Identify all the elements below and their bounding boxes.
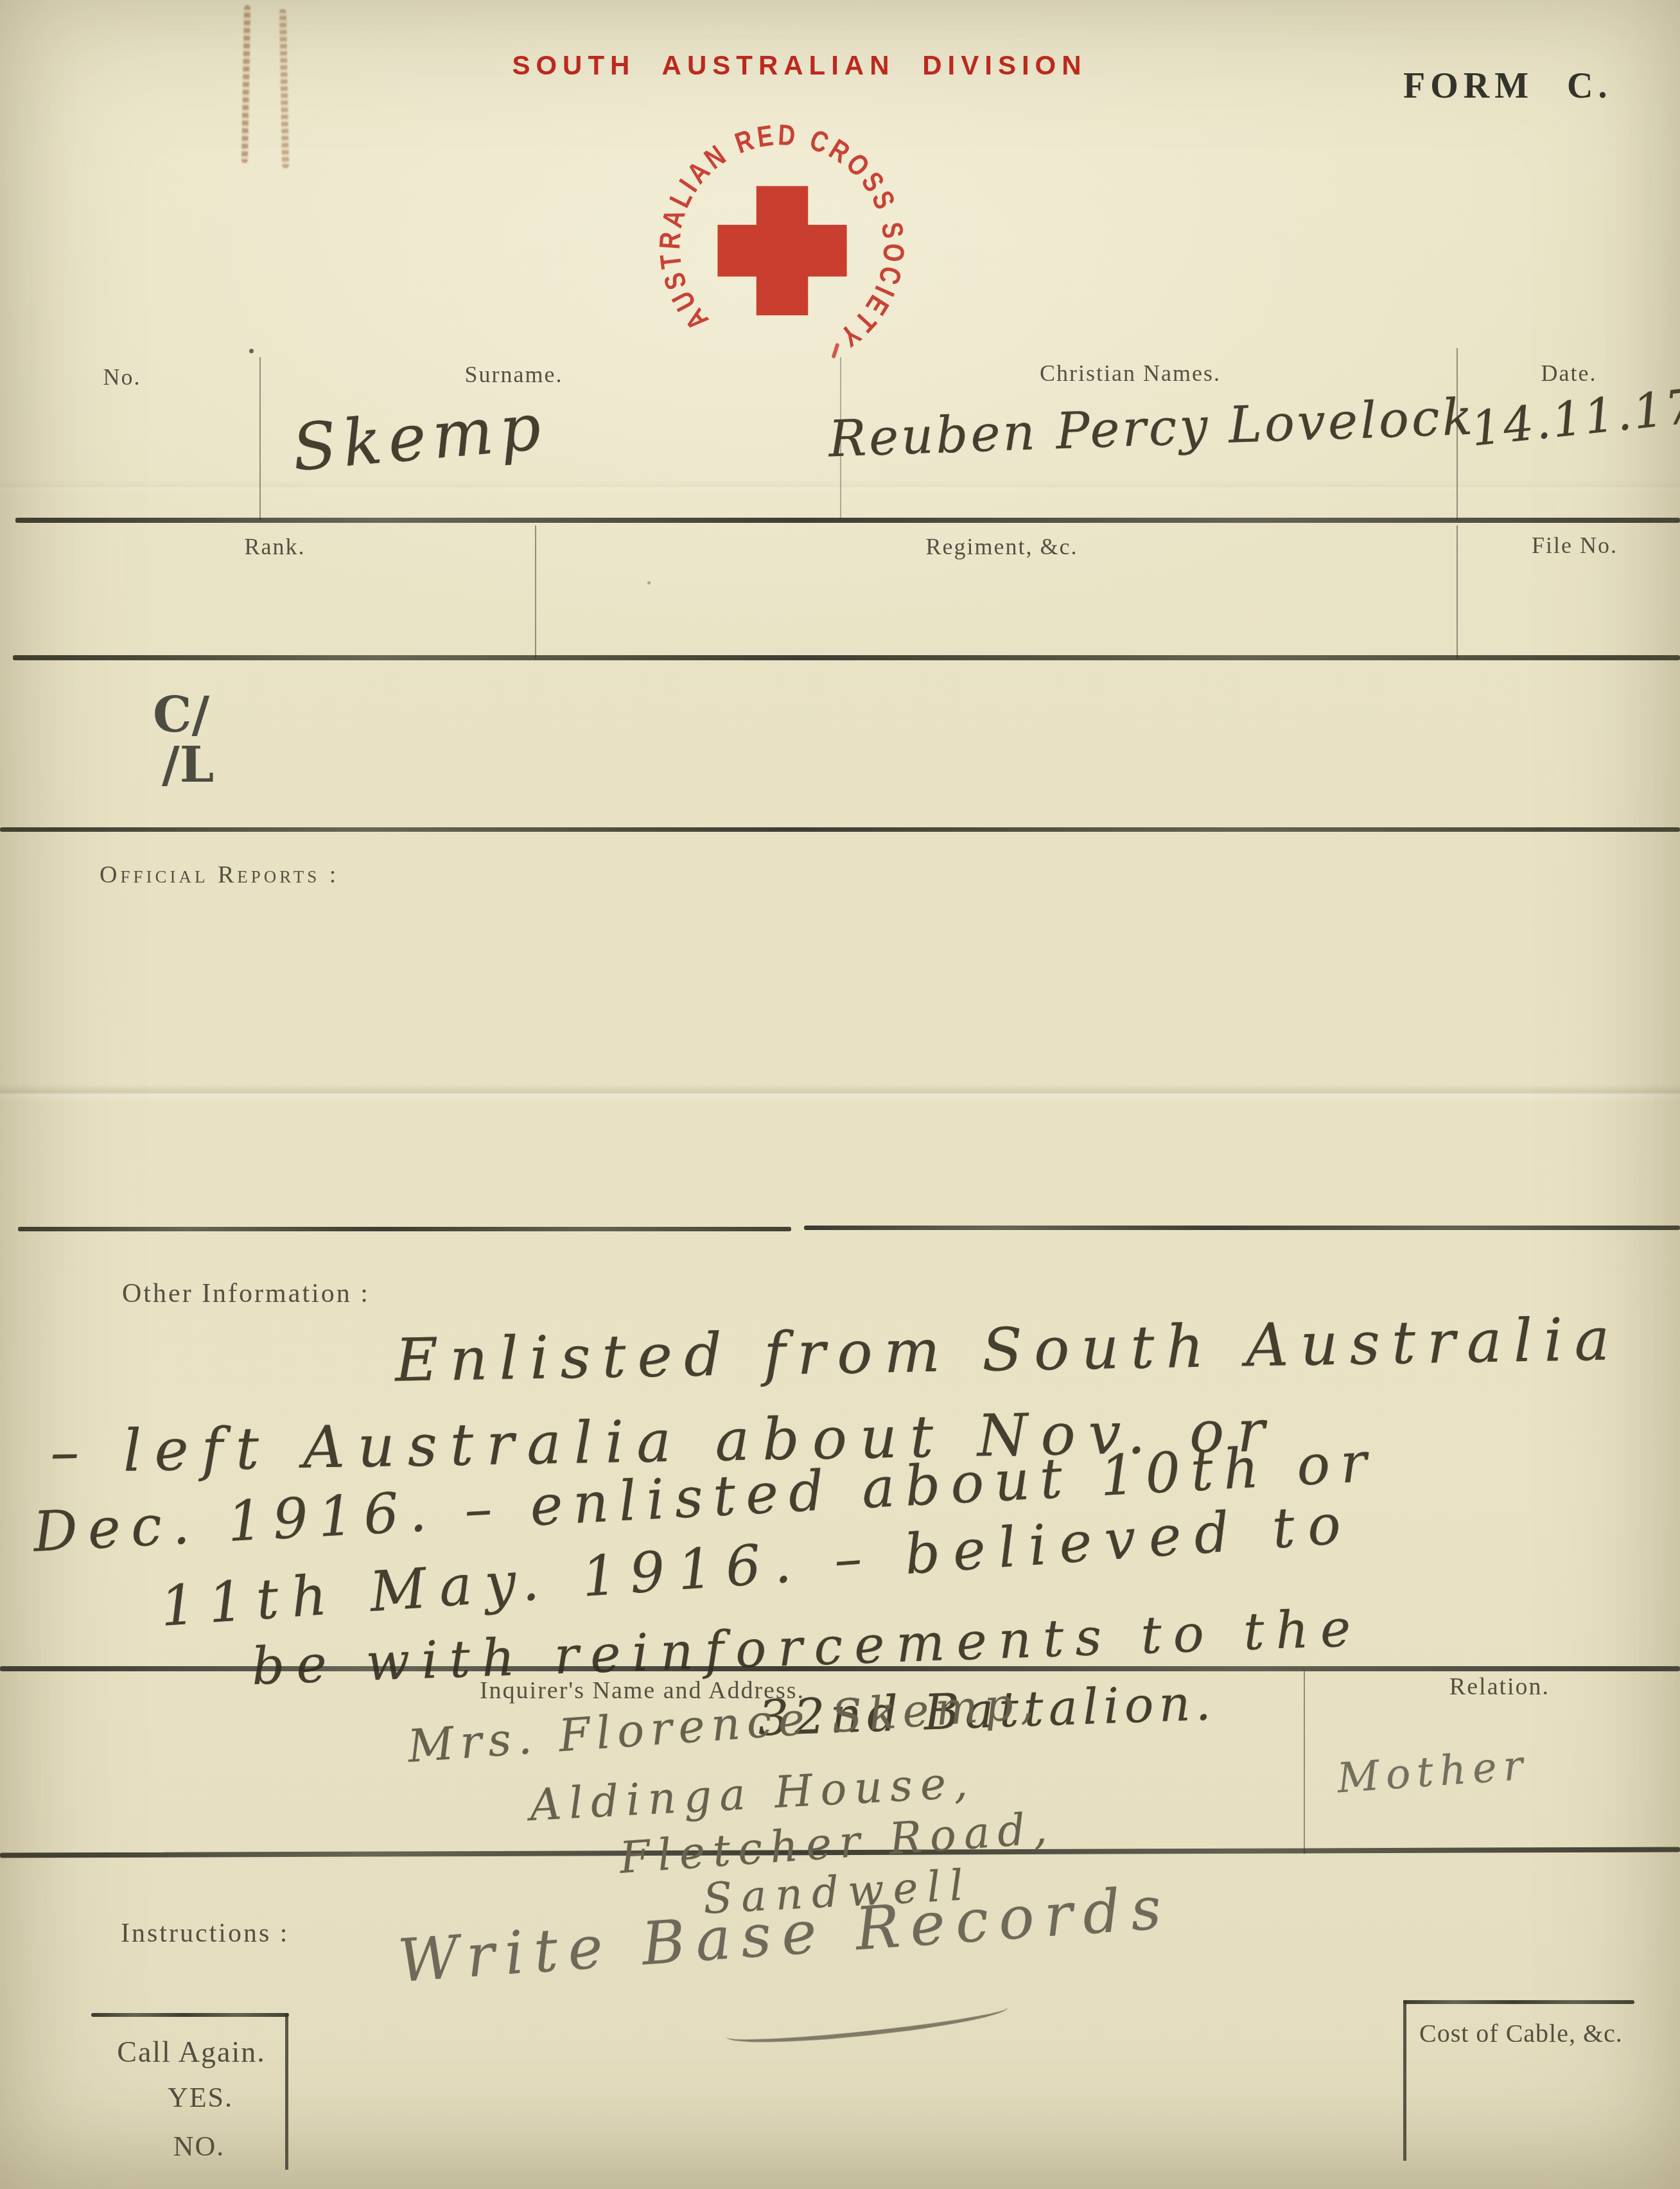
pencil-flourish [725,1994,1009,2050]
surname-value: Skemp [290,389,550,486]
column-divider [535,525,536,659]
rule-cl-bottom [0,827,1680,832]
rule-other-info-top [18,1227,791,1231]
rule-row1-bottom [15,518,1680,523]
cost-box-left [1403,2000,1406,2161]
christian-names-label: Christian Names. [1040,360,1221,387]
call-again-box-top [91,2013,289,2017]
instructions-label: Instructions : [121,1918,289,1949]
relation-label: Relation. [1449,1673,1550,1701]
cost-box-top [1403,2000,1634,2004]
no-label: No. [103,364,141,391]
ink-speck [647,581,651,585]
other-information-label: Other Information : [122,1278,370,1309]
call-again-no: NO. [173,2130,225,2163]
fold-crease [0,1084,1680,1102]
official-reports-label: Official Reports : [100,861,339,889]
red-cross-society-emblem: AUSTRALIAN RED CROSS SOCIETY [633,98,932,397]
date-label: Date. [1541,360,1597,387]
paper-stain-streak [241,5,250,163]
column-divider [259,357,261,520]
regiment-label: Regiment, &c. [926,533,1078,560]
rule-other-info-top [804,1226,1680,1230]
call-again-yes: YES. [168,2081,233,2114]
column-divider [1457,525,1458,659]
rank-label: Rank. [245,533,306,560]
cl-stamp-line1: C/ [153,686,209,743]
surname-label: Surname. [465,361,563,388]
ink-speck [249,349,254,353]
cl-stamp-line2: /L [162,736,214,793]
rule-inquirer-top [0,1666,1680,1671]
file-no-label: File No. [1532,532,1618,559]
division-title: SOUTH AUSTRALIAN DIVISION [512,50,1087,81]
christian-names-value: Reuben Percy Lovelock [828,388,1476,468]
red-cross-icon [717,186,846,315]
relation-divider [1304,1671,1305,1854]
rule-row2-bottom [13,655,1680,660]
date-value: 14.11.17. [1469,376,1680,457]
paper-stain-streak [279,9,289,168]
cost-of-cable-label: Cost of Cable, &c. [1419,2018,1623,2048]
call-again-title: Call Again. [117,2035,266,2069]
call-again-box-right [285,2013,288,2170]
relation-value: Mother [1336,1742,1531,1803]
other-info-line: Enlisted from South Australia [394,1305,1622,1394]
form-c-label: FORM C. [1403,66,1613,107]
red-cross-form-c-scan: SOUTH AUSTRALIAN DIVISION FORM C. AUSTRA… [0,0,1680,2189]
